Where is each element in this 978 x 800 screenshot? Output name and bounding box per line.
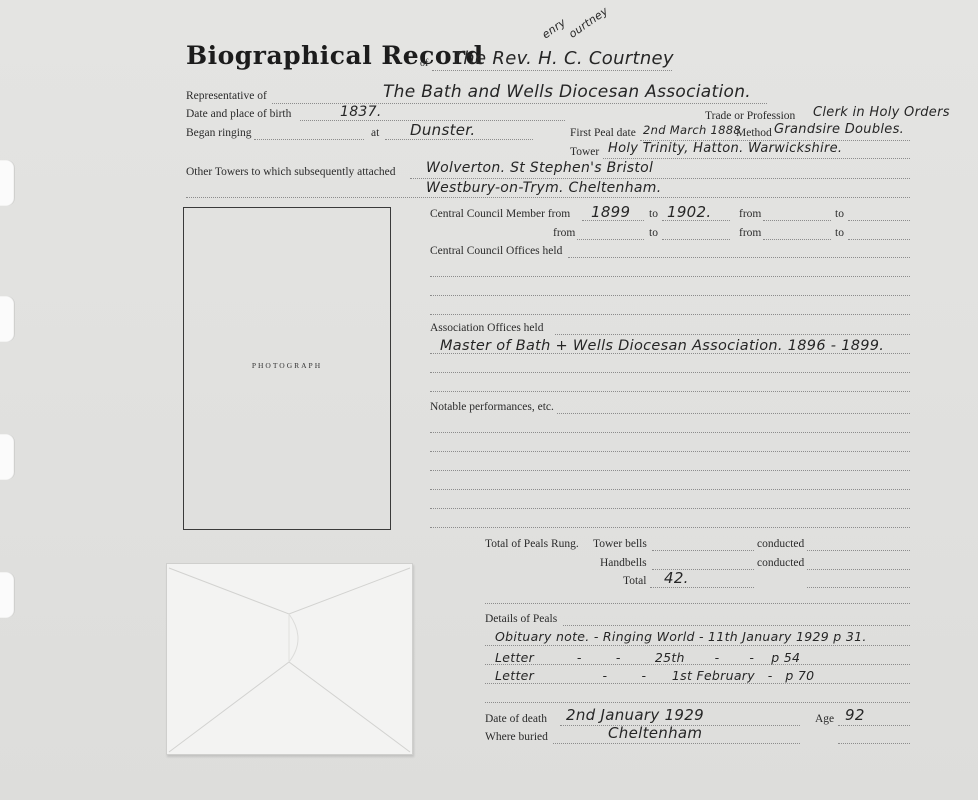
peals-total-label: Total of Peals Rung. — [485, 538, 579, 550]
age-line — [838, 725, 910, 726]
where-buried-line — [553, 743, 800, 744]
cc-from-value: 1899 — [591, 203, 630, 221]
cc-row2-to2-line — [848, 239, 910, 240]
began-ringing-line — [254, 139, 364, 140]
assoc-offices-line — [430, 372, 910, 373]
cc-row2-to-label: to — [649, 227, 658, 239]
representative-label: Representative of — [186, 90, 267, 102]
cc-to2-line — [848, 220, 910, 221]
binder-hole — [0, 434, 15, 480]
tower-value: Holy Trinity, Hatton. Warwickshire. — [608, 141, 842, 156]
handbells-conducted-line — [807, 569, 910, 570]
assoc-offices-line — [430, 391, 910, 392]
trade-label: Trade or Profession — [705, 110, 795, 122]
notable-line — [430, 432, 910, 433]
peals-total-value: 42. — [664, 569, 689, 587]
subject-name: The Rev. H. C. Courtney — [452, 48, 674, 69]
trade-value: Clerk in Holy Orders — [813, 105, 950, 120]
method-label: Method — [736, 127, 772, 139]
first-peal-date-label: First Peal date — [570, 127, 636, 139]
page-title: Biographical Record — [186, 41, 484, 70]
cc-row2-from2-label: from — [739, 227, 761, 239]
where-buried-value: Cheltenham — [608, 724, 702, 742]
name-annotation: ourtney — [566, 4, 610, 40]
envelope-flap-icon — [167, 564, 412, 754]
cc-offices-line — [430, 295, 910, 296]
record-page: Biographical Record of The Rev. H. C. Co… — [0, 0, 978, 800]
at-line — [385, 139, 533, 140]
peals-total-sub-label: Total — [623, 575, 646, 587]
peals-total-line — [650, 587, 754, 588]
photograph-label: PHOTOGRAPH — [184, 361, 390, 370]
details-line — [485, 683, 910, 684]
notable-line — [557, 413, 910, 414]
age-value: 92 — [845, 706, 865, 724]
title-line — [432, 70, 672, 71]
first-peal-date-value: 2nd March 1888 — [643, 123, 741, 137]
cc-offices-line — [430, 276, 910, 277]
cc-to2-label: to — [835, 208, 844, 220]
date-of-death-label: Date of death — [485, 713, 547, 725]
details-line — [485, 702, 910, 703]
cc-from2-line — [763, 220, 831, 221]
cc-member-label: Central Council Member from — [430, 208, 570, 220]
where-buried-label: Where buried — [485, 731, 548, 743]
photograph-box: PHOTOGRAPH — [183, 207, 391, 530]
cc-row2-from-label: from — [553, 227, 575, 239]
assoc-offices-value: Master of Bath + Wells Diocesan Associat… — [440, 338, 884, 354]
binder-hole — [0, 296, 15, 342]
at-label: at — [371, 127, 379, 139]
cc-from2-label: from — [739, 208, 761, 220]
notable-line — [430, 489, 910, 490]
notable-label: Notable performances, etc. — [430, 401, 554, 413]
cc-offices-label: Central Council Offices held — [430, 245, 562, 257]
details-line — [563, 625, 910, 626]
tower-line — [603, 158, 910, 159]
peals-separator-line — [485, 603, 910, 604]
other-towers-value-1: Wolverton. St Stephen's Bristol — [426, 160, 653, 176]
other-towers-label: Other Towers to which subsequently attac… — [186, 166, 395, 178]
tower-bells-conducted-label: conducted — [757, 538, 804, 550]
binder-hole — [0, 160, 15, 206]
cc-to-label: to — [649, 208, 658, 220]
birth-label: Date and place of birth — [186, 108, 291, 120]
representative-value: The Bath and Wells Diocesan Association. — [383, 82, 751, 102]
attached-envelope[interactable] — [166, 563, 413, 755]
cc-row2-to-line — [662, 239, 730, 240]
cc-row2-to2-label: to — [835, 227, 844, 239]
of-label: of — [420, 58, 428, 69]
birth-value: 1837. — [340, 104, 382, 120]
tower-bells-label: Tower bells — [593, 538, 647, 550]
binder-hole — [0, 572, 15, 618]
name-annotation: enry — [540, 16, 569, 42]
cc-offices-line — [568, 257, 910, 258]
cc-to-value: 1902. — [667, 203, 711, 221]
tower-label: Tower — [570, 146, 599, 158]
tower-bells-line — [652, 550, 754, 551]
age-label: Age — [815, 713, 834, 725]
notable-line — [430, 508, 910, 509]
assoc-offices-line — [555, 334, 910, 335]
tower-bells-conducted-line — [807, 550, 910, 551]
notable-line — [430, 470, 910, 471]
peals-total-extra-line — [807, 587, 910, 588]
details-line — [485, 645, 910, 646]
cc-offices-line — [430, 314, 910, 315]
other-towers-line-2 — [186, 197, 910, 198]
began-ringing-place: Dunster. — [410, 121, 475, 139]
cc-row2-from-line — [577, 239, 644, 240]
details-of-peals-label: Details of Peals — [485, 613, 557, 625]
handbells-label: Handbells — [600, 557, 647, 569]
other-towers-value-2: Westbury-on-Trym. Cheltenham. — [426, 180, 661, 196]
method-value: Grandsire Doubles. — [774, 122, 904, 137]
notable-line — [430, 451, 910, 452]
began-ringing-label: Began ringing — [186, 127, 251, 139]
details-of-peals-line-1: Obituary note. - Ringing World - 11th Ja… — [495, 629, 867, 644]
assoc-offices-label: Association Offices held — [430, 322, 543, 334]
where-buried-extra-line — [838, 743, 910, 744]
notable-line — [430, 527, 910, 528]
details-of-peals-line-2: Letter - - 25th - - p 54 — [495, 650, 800, 665]
details-of-peals-line-3: Letter - - 1st February - p 70 — [495, 668, 814, 683]
cc-row2-from2-line — [763, 239, 831, 240]
other-towers-line-1 — [410, 178, 910, 179]
handbells-conducted-label: conducted — [757, 557, 804, 569]
date-of-death-value: 2nd January 1929 — [566, 706, 704, 724]
